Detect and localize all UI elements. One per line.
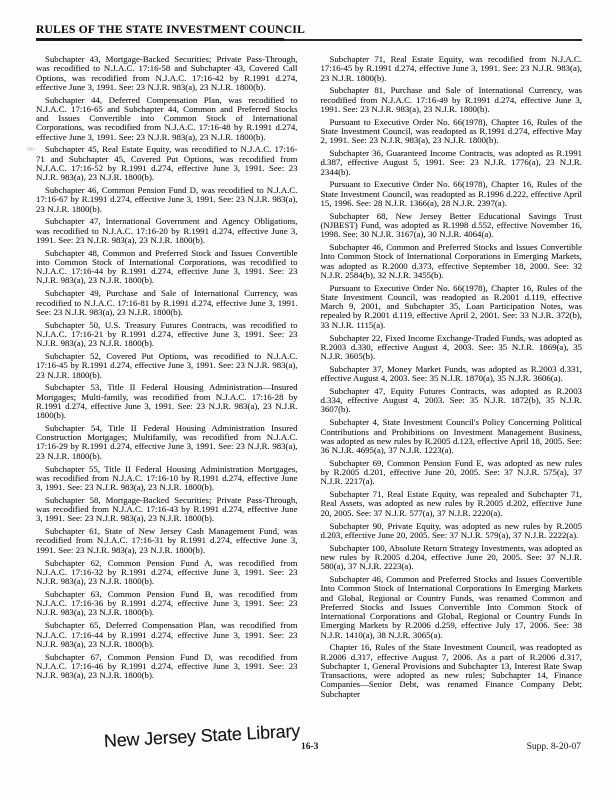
paragraph: Pursuant to Executive Order No. 66(1978)… — [321, 180, 583, 208]
paragraph: Subchapter 61, State of New Jersey Cash … — [36, 527, 298, 555]
paragraph: Subchapter 90, Private Equity, was adopt… — [321, 522, 583, 541]
scan-smudge — [25, 146, 36, 152]
paragraph: Pursuant to Executive Order No. 66(1978)… — [321, 284, 583, 330]
paragraph: Subchapter 45, Real Estate Equity, was r… — [36, 145, 298, 182]
paragraph: Subchapter 43, Mortgage-Backed Securitie… — [36, 55, 298, 92]
paragraph: Subchapter 46, Common and Preferred Stoc… — [321, 243, 583, 280]
paragraph: Subchapter 81, Purchase and Sale of Inte… — [321, 86, 583, 114]
page-title: RULES OF THE STATE INVESTMENT COUNCIL — [36, 24, 582, 36]
paragraph: Subchapter 36, Guaranteed Income Contrac… — [321, 149, 583, 177]
paragraph: Chapter 16, Rules of the State Investmen… — [321, 643, 583, 699]
page-number: 16-3 — [301, 742, 318, 752]
paragraph: Subchapter 50, U.S. Treasury Futures Con… — [36, 321, 298, 349]
paragraph: Subchapter 37, Money Market Funds, was a… — [321, 365, 583, 384]
paragraph: Subchapter 62, Common Pension Fund A, wa… — [36, 559, 298, 587]
paragraph: Subchapter 63, Common Pension Fund B, wa… — [36, 590, 298, 618]
paragraph: Subchapter 46, Common and Preferred Stoc… — [321, 575, 583, 640]
paragraph: Subchapter 67, Common Pension Fund D, wa… — [36, 653, 298, 681]
paragraph: Subchapter 4, State Investment Council's… — [321, 418, 583, 455]
document-body: Subchapter 43, Mortgage-Backed Securitie… — [36, 55, 582, 702]
paragraph: Subchapter 52, Covered Put Options, was … — [36, 352, 298, 380]
left-column: Subchapter 43, Mortgage-Backed Securitie… — [36, 55, 298, 702]
paragraph: Subchapter 44, Deferred Compensation Pla… — [36, 96, 298, 142]
library-stamp: New Jersey State Library — [103, 721, 300, 752]
paragraph: Subchapter 71, Real Estate Equity, was r… — [321, 55, 583, 83]
paragraph: Pursuant to Executive Order No. 66(1978)… — [321, 118, 583, 146]
paragraph: Subchapter 55, Title II Federal Housing … — [36, 465, 298, 493]
header-rule — [36, 39, 582, 41]
paragraph: Subchapter 47, Equity Futures Contracts,… — [321, 387, 583, 415]
paragraph: Subchapter 58, Mortgage-Backed Securitie… — [36, 496, 298, 524]
paragraph: Subchapter 68, New Jersey Better Educati… — [321, 212, 583, 240]
paragraph: Subchapter 54, Title II Federal Housing … — [36, 424, 298, 461]
paragraph: Subchapter 47, International Government … — [36, 217, 298, 245]
paragraph: Subchapter 22, Fixed Income Exchange-Tra… — [321, 334, 583, 362]
supplement-label: Supp. 8-20-07 — [527, 742, 581, 752]
right-column: Subchapter 71, Real Estate Equity, was r… — [321, 55, 583, 702]
paragraph: Subchapter 71, Real Estate Equity, was r… — [321, 490, 583, 518]
paragraph: Subchapter 46, Common Pension Fund D, wa… — [36, 186, 298, 214]
paragraph: Subchapter 53, Title II Federal Housing … — [36, 383, 298, 420]
paragraph: Subchapter 49, Purchase and Sale of Inte… — [36, 289, 298, 317]
document-page: RULES OF THE STATE INVESTMENT COUNCIL Su… — [0, 0, 616, 800]
paragraph: Subchapter 100, Absolute Return Strategy… — [321, 544, 583, 572]
paragraph: Subchapter 69, Common Pension Fund E, wa… — [321, 459, 583, 487]
page-header: RULES OF THE STATE INVESTMENT COUNCIL — [36, 24, 582, 41]
paragraph: Subchapter 48, Common and Preferred Stoc… — [36, 249, 298, 286]
paragraph: Subchapter 65, Deferred Compensation Pla… — [36, 621, 298, 649]
